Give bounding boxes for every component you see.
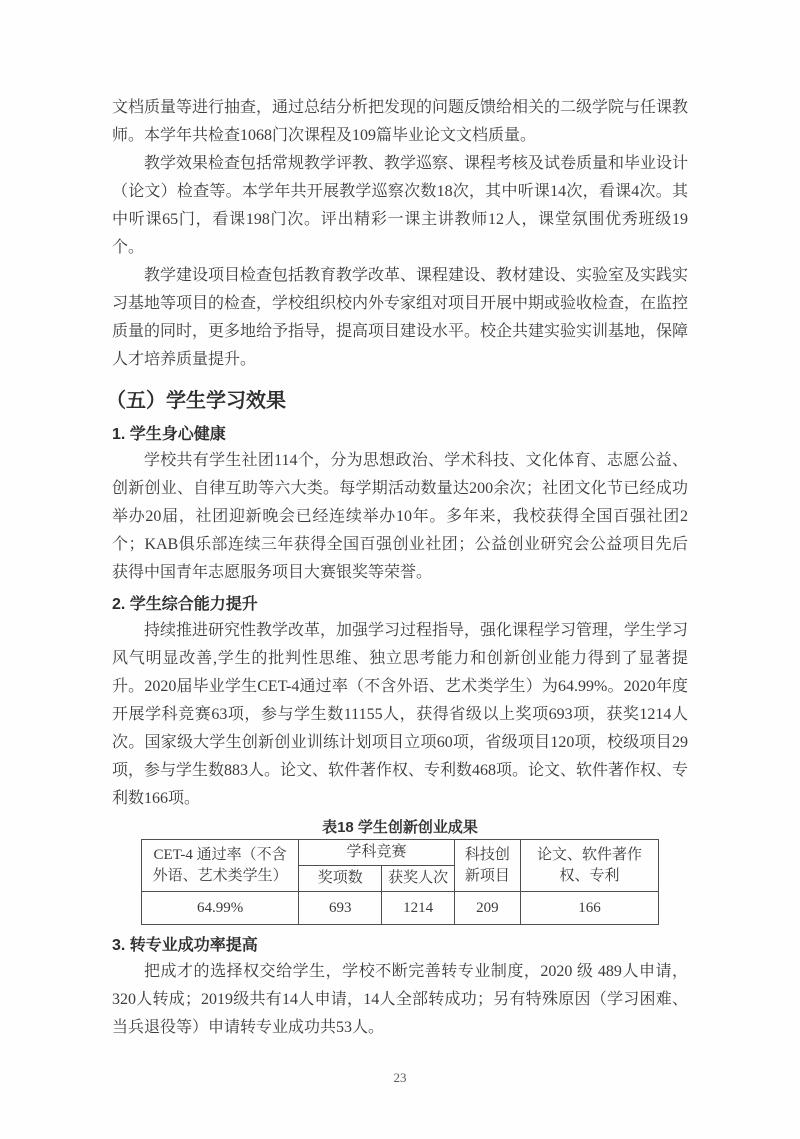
table-caption: 表18 学生创新创业成果 (112, 817, 688, 839)
cell-cet4-value: 64.99% (142, 892, 299, 925)
subsection-heading-1: 1. 学生身心健康 (112, 422, 688, 447)
cell-papers-value: 166 (520, 892, 658, 925)
cell-sci-innovation-value: 209 (454, 892, 520, 925)
subsection-heading-2: 2. 学生综合能力提升 (112, 592, 688, 617)
table-data-row: 64.99% 693 1214 209 166 (142, 892, 659, 925)
subsection-heading-3: 3. 转专业成功率提高 (112, 933, 688, 958)
page-number: 23 (112, 1068, 688, 1088)
results-table: CET-4 通过率（不含外语、艺术类学生） 学科竞赛 科技创新项目 论文、软件著… (141, 839, 659, 925)
document-page: 文档质量等进行抽查，通过总结分析把发现的问题反馈给相关的二级学院与任课教师。本学… (0, 0, 800, 1139)
header-cet4: CET-4 通过率（不含外语、艺术类学生） (142, 840, 299, 892)
body-paragraph-3: 教学建设项目检查包括教育教学改革、课程建设、教材建设、实验室及实践实习基地等项目… (112, 262, 688, 374)
section-heading: （五）学生学习效果 (106, 386, 688, 416)
body-paragraph-1: 文档质量等进行抽查，通过总结分析把发现的问题反馈给相关的二级学院与任课教师。本学… (112, 94, 688, 150)
body-paragraph-5: 持续推进研究性教学改革，加强学习过程指导，强化课程学习管理，学生学习风气明显改善… (112, 617, 688, 813)
body-paragraph-2: 教学效果检查包括常规教学评教、教学巡察、课程考核及试卷质量和毕业设计（论文）检查… (112, 150, 688, 262)
body-paragraph-4: 学校共有学生社团114个，分为思想政治、学术科技、文化体育、志愿公益、创新创业、… (112, 447, 688, 587)
header-competition-group: 学科竞赛 (299, 840, 455, 866)
header-sci-innovation: 科技创新项目 (454, 840, 520, 892)
header-papers: 论文、软件著作权、专利 (520, 840, 658, 892)
table-header-row-1: CET-4 通过率（不含外语、艺术类学生） 学科竞赛 科技创新项目 论文、软件著… (142, 840, 659, 866)
cell-awards-value: 693 (299, 892, 382, 925)
cell-winners-value: 1214 (382, 892, 454, 925)
header-awards: 奖项数 (299, 866, 382, 892)
header-winners: 获奖人次 (382, 866, 454, 892)
body-paragraph-6: 把成才的选择权交给学生，学校不断完善转专业制度，2020 级 489人申请，32… (112, 958, 688, 1042)
